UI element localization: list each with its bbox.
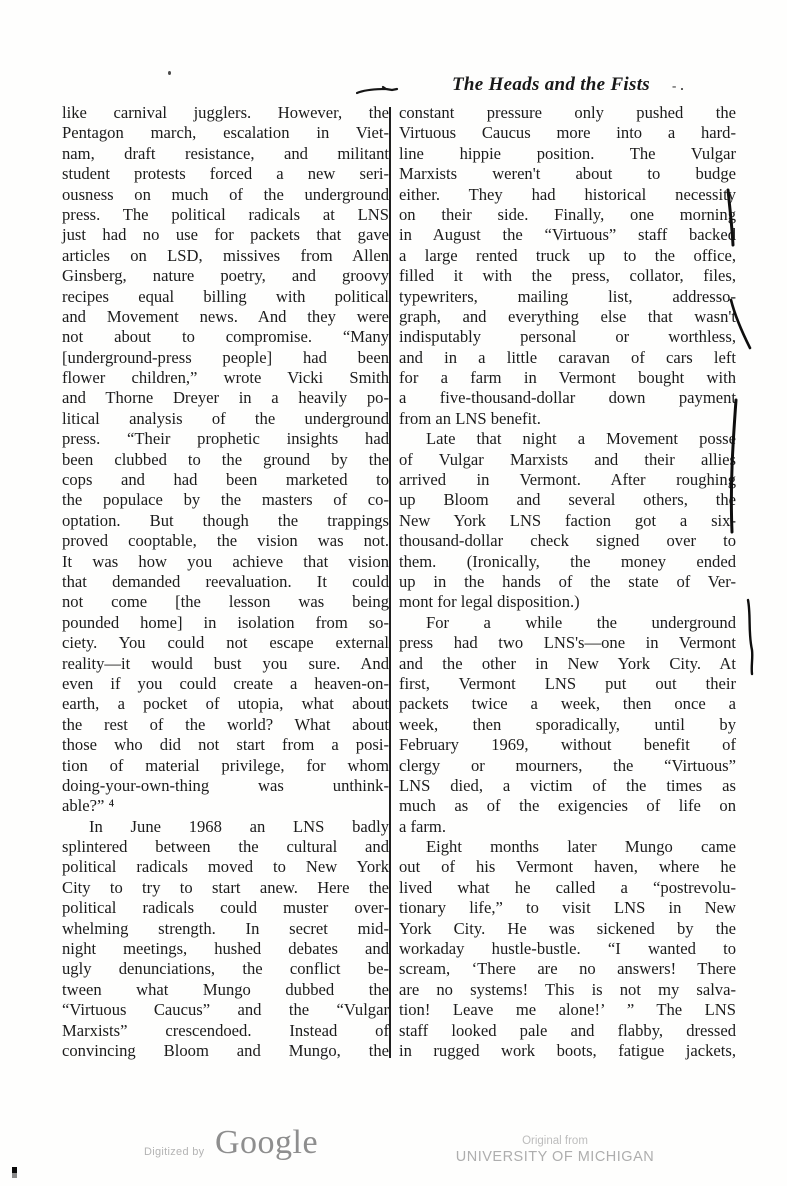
text-line: constant pressure only pushed the (399, 103, 736, 123)
text-line: line hippie position. The Vulgar (399, 144, 736, 164)
text-line: litical analysis of the underground (62, 409, 389, 429)
text-line: political radicals moved to New York (62, 857, 389, 877)
text-line: York City. He was sickened by the (399, 919, 736, 939)
pen-dash-mark-icon (356, 84, 400, 98)
text-line: the populace by the masters of co- (62, 490, 389, 510)
text-line: ousness on much of the underground (62, 185, 389, 205)
text-line: been clubbed to the ground by the (62, 450, 389, 470)
digitized-by-label: Digitized by (144, 1146, 204, 1158)
text-line: scream, ‘There are no answers! There (399, 959, 736, 979)
text-line: Virtuous Caucus more into a hard- (399, 123, 736, 143)
text-line: week, then sporadically, until by (399, 715, 736, 735)
margin-scan-marks-icon (715, 150, 775, 710)
text-line: LNS died, a victim of the times as (399, 776, 736, 796)
text-line: from an LNS benefit. (399, 409, 736, 429)
text-line: ugly denunciations, the conflict be- (62, 959, 389, 979)
text-line: thousand-dollar check signed over to (399, 531, 736, 551)
text-line: and Thorne Dreyer in a heavily po- (62, 388, 389, 408)
text-line: the rest of the world? What about (62, 715, 389, 735)
text-line: typewriters, mailing list, addresso- (399, 287, 736, 307)
text-line: either. They had historical necessity (399, 185, 736, 205)
text-line: out of his Vermont haven, where he (399, 857, 736, 877)
text-line: that demanded reevaluation. It could (62, 572, 389, 592)
text-line: tion of material privilege, for whom (62, 756, 389, 776)
text-line: and the other in New York City. At (399, 654, 736, 674)
text-line: and in a little caravan of cars left (399, 348, 736, 368)
institution-label: UNIVERSITY OF MICHIGAN (445, 1149, 665, 1165)
text-line: workaday hustle-bustle. “I wanted to (399, 939, 736, 959)
text-line: indisputably personal or worthless, (399, 327, 736, 347)
text-line: able?” ⁴ (62, 796, 389, 816)
text-line: up in the hands of the state of Ver- (399, 572, 736, 592)
text-line: splintered between the cultural and (62, 837, 389, 857)
text-line: February 1969, without benefit of (399, 735, 736, 755)
text-line: For a while the underground (399, 613, 736, 633)
text-line: Eight months later Mungo came (399, 837, 736, 857)
text-line: earth, a pocket of utopia, what about (62, 694, 389, 714)
text-line: in rugged work boots, fatigue jackets, (399, 1041, 736, 1061)
text-line: articles on LSD, missives from Allen (62, 246, 389, 266)
text-line: proved cooptable, the vision was not. (62, 531, 389, 551)
text-line: optation. But though the trappings (62, 511, 389, 531)
stray-ink-dot (168, 71, 171, 75)
text-line: press had two LNS's—one in Vermont (399, 633, 736, 653)
text-line: of Vulgar Marxists and their allies (399, 450, 736, 470)
text-line: convincing Bloom and Mungo, the (62, 1041, 389, 1061)
text-line: student protests forced a new seri- (62, 164, 389, 184)
text-line: in August the “Virtuous” staff backed (399, 225, 736, 245)
scanned-book-page: The Heads and the Fists -. like carnival… (0, 0, 787, 1186)
text-line: Late that night a Movement posse (399, 429, 736, 449)
text-line: not come [the lesson was being (62, 592, 389, 612)
text-line: [underground-press people] had been (62, 348, 389, 368)
text-line: and Movement news. And they were (62, 307, 389, 327)
text-line: Marxists weren't about to budge (399, 164, 736, 184)
scanner-edge-tick (12, 1167, 17, 1178)
text-line: much as of the exigencies of life on (399, 796, 736, 816)
text-line: them. (Ironically, the money ended (399, 552, 736, 572)
text-line: Ginsberg, nature poetry, and groovy (62, 266, 389, 286)
column-right: constant pressure only pushed theVirtuou… (399, 103, 736, 1061)
text-line: graph, and everything else that wasn't (399, 307, 736, 327)
text-line: tion! Leave me alone!’ ” The LNS (399, 1000, 736, 1020)
text-line: arrived in Vermont. After roughing (399, 470, 736, 490)
text-line: press. “Their prophetic insights had (62, 429, 389, 449)
text-line: tionary life,” to visit LNS in New (399, 898, 736, 918)
text-line: It was how you achieve that vision (62, 552, 389, 572)
text-line: mont for legal disposition.) (399, 592, 736, 612)
text-line: “Virtuous Caucus” and the “Vulgar (62, 1000, 389, 1020)
text-line: Marxists” crescendoed. Instead of (62, 1021, 389, 1041)
text-line: first, Vermont LNS put out their (399, 674, 736, 694)
text-line: filled it with the press, collator, file… (399, 266, 736, 286)
text-line: just had no use for packets that gave (62, 225, 389, 245)
text-line: tween what Mungo dubbed the (62, 980, 389, 1000)
text-line: are no systems! This is not my salva- (399, 980, 736, 1000)
text-line: a five-thousand-dollar down payment (399, 388, 736, 408)
text-line: flower children,” wrote Vicki Smith (62, 368, 389, 388)
text-line: nam, draft resistance, and militant (62, 144, 389, 164)
text-line: a farm. (399, 817, 736, 837)
text-line: City to try to start anew. Here the (62, 878, 389, 898)
text-line: recipes equal billing with political (62, 287, 389, 307)
text-line: night meetings, hushed debates and (62, 939, 389, 959)
text-line: whelming strength. In secret mid- (62, 919, 389, 939)
text-line: New York LNS faction got a six- (399, 511, 736, 531)
text-line: staff looked pale and flabby, dressed (399, 1021, 736, 1041)
text-line: doing-your-own-thing was unthink- (62, 776, 389, 796)
text-line: lived what he called a “postrevolu- (399, 878, 736, 898)
text-line: even if you could create a heaven-on- (62, 674, 389, 694)
text-line: press. The political radicals at LNS (62, 205, 389, 225)
text-line: not about to compromise. “Many (62, 327, 389, 347)
text-line: like carnival jugglers. However, the (62, 103, 389, 123)
text-line: up Bloom and several others, the (399, 490, 736, 510)
text-line: clergy or mourners, the “Virtuous” (399, 756, 736, 776)
original-from-label: Original from (455, 1135, 655, 1147)
column-divider-rule (389, 107, 391, 1058)
text-line: for a farm in Vermont bought with (399, 368, 736, 388)
text-line: pounded home] in isolation from so- (62, 613, 389, 633)
text-line: those who did not start from a posi- (62, 735, 389, 755)
text-line: Pentagon march, escalation in Viet- (62, 123, 389, 143)
text-line: cops and had been marketed to (62, 470, 389, 490)
text-line: political radicals could muster over- (62, 898, 389, 918)
text-line: In June 1968 an LNS badly (62, 817, 389, 837)
column-left: like carnival jugglers. However, thePent… (62, 103, 389, 1061)
text-line: packets twice a week, then once a (399, 694, 736, 714)
text-line: ciety. You could not escape external (62, 633, 389, 653)
header-stray-dots: -. (672, 78, 688, 94)
text-line: a large rented truck up to the office, (399, 246, 736, 266)
running-header-title: The Heads and the Fists (452, 74, 667, 96)
text-line: on their side. Finally, one morning (399, 205, 736, 225)
text-line: reality—it would bust you sure. And (62, 654, 389, 674)
google-wordmark: Google (215, 1124, 318, 1162)
